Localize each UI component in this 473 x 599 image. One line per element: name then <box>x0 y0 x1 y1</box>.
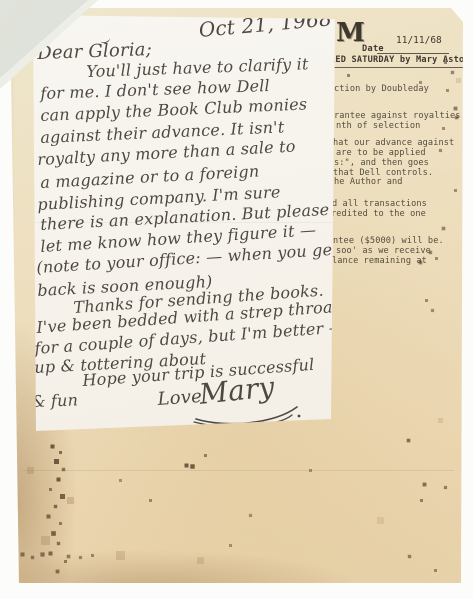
typed-text-line: are to be applied <box>336 148 426 158</box>
memo-date-value: 11/11/68 <box>396 35 442 46</box>
foxing-specks-light <box>0 0 1 1</box>
typed-text-line: redited to the one <box>331 209 426 219</box>
foxing-specks-dark <box>0 0 1 1</box>
typed-text-line: lance remaining at <box>332 256 427 266</box>
typed-text-line: hat our advance against <box>333 138 454 148</box>
letter-body-line: & fun <box>31 392 78 410</box>
memo-date-underline <box>377 53 449 54</box>
typed-text-line: he Author and <box>334 177 403 187</box>
typed-text-line: d all transactions <box>332 199 427 209</box>
typed-text-line: ction by Doubleday <box>334 84 429 94</box>
memo-logo-m: M <box>336 20 365 46</box>
memo-crease-line <box>22 470 454 471</box>
typed-text-line: nth of selection <box>336 121 420 131</box>
memo-title-fragment: LED SATURDAY by Mary Astor <box>330 55 470 68</box>
typed-text-line: soo' as we receive <box>336 246 431 256</box>
typed-text-line: s:", and then goes <box>334 158 429 168</box>
photo-background: M Date 11/11/68 LED SATURDAY by Mary Ast… <box>0 0 473 599</box>
letter-body-line: You'll just have to clarify it <box>86 56 309 80</box>
typed-text-line: rantee against royalties <box>334 111 461 121</box>
typed-text-line: ntee ($5000) will be. <box>333 236 444 246</box>
